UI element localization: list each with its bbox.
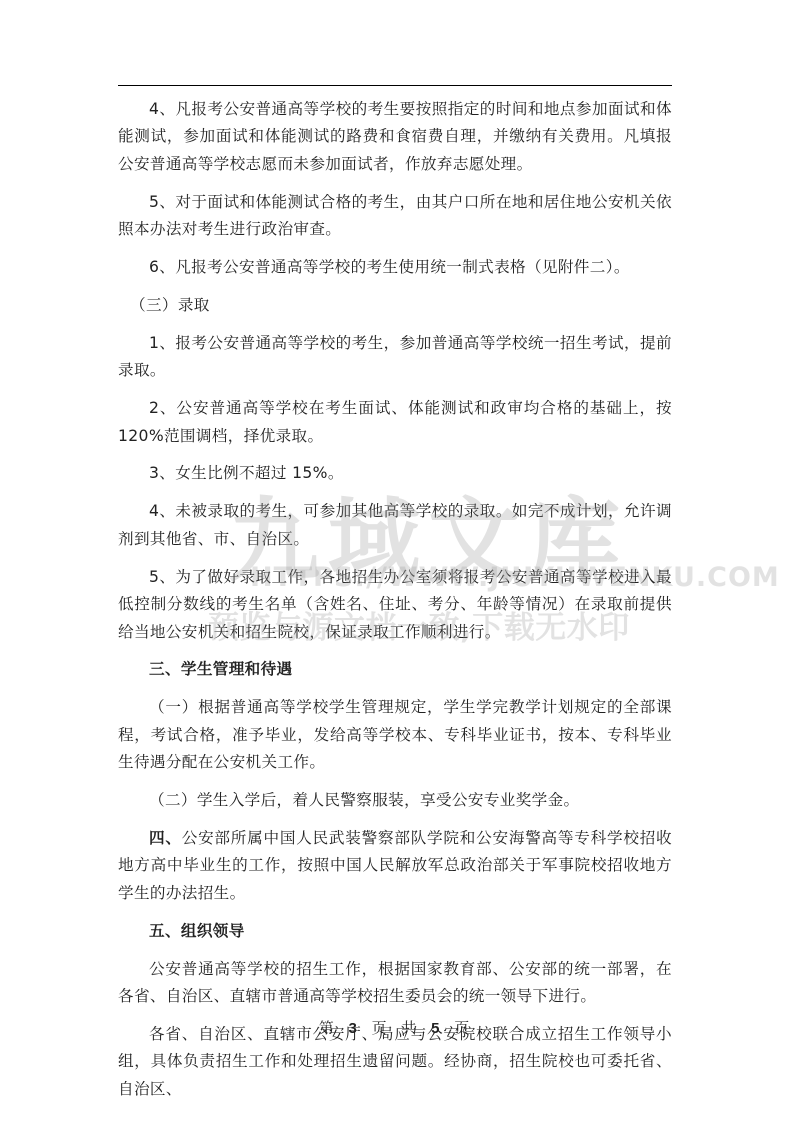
footer-middle: 页 共 <box>372 1019 422 1037</box>
section-four-label: 四、 <box>149 829 182 847</box>
section-heading-leadership: 五、组织领导 <box>118 918 672 945</box>
total-pages-number: 5 <box>431 1020 444 1037</box>
paragraph-management-2: （二）学生入学后，着人民警察服装，享受公安专业奖学金。 <box>118 787 672 814</box>
paragraph-item-5-political-review: 5、对于面试和体能测试合格的考生，由其户口所在地和居住地公安机关依照本办法对考生… <box>118 189 672 244</box>
footer-prefix: 第 <box>319 1019 339 1037</box>
current-page-number: 3 <box>348 1020 361 1037</box>
paragraph-item-6-forms: 6、凡报考公安普通高等学校的考生使用统一制式表格（见附件二）。 <box>118 254 672 281</box>
document-body: 4、凡报考公安普通高等学校的考生要按照指定的时间和地点参加面试和体能测试，参加面… <box>118 96 672 1114</box>
section-heading-student-management: 三、学生管理和待遇 <box>118 656 672 683</box>
paragraph-item-4-interview: 4、凡报考公安普通高等学校的考生要按照指定的时间和地点参加面试和体能测试，参加面… <box>118 96 672 178</box>
paragraph-admission-4: 4、未被录取的考生，可参加其他高等学校的录取。如完不成计划，允许调剂到其他省、市… <box>118 498 672 553</box>
paragraph-section-four: 四、公安部所属中国人民武装警察部队学院和公安海警高等专科学校招收地方高中毕业生的… <box>118 825 672 907</box>
paragraph-admission-5: 5、为了做好录取工作，各地招生办公室须将报考公安普通高等学校进入最低控制分数线的… <box>118 564 672 646</box>
section-four-text: 公安部所属中国人民武装警察部队学院和公安海警高等专科学校招收地方高中毕业生的工作… <box>118 829 672 902</box>
page-footer: 第 3 页 共 5 页 <box>0 1017 793 1038</box>
paragraph-admission-2: 2、公安普通高等学校在考生面试、体能测试和政审均合格的基础上，按120%范围调档… <box>118 395 672 450</box>
header-rule <box>118 85 672 86</box>
footer-suffix: 页 <box>454 1019 474 1037</box>
paragraph-admission-3: 3、女生比例不超过 15%。 <box>118 460 672 487</box>
paragraph-leadership-1: 公安普通高等学校的招生工作，根据国家教育部、公安部的统一部署，在各省、自治区、直… <box>118 956 672 1011</box>
paragraph-admission-1: 1、报考公安普通高等学校的考生，参加普通高等学校统一招生考试，提前录取。 <box>118 330 672 385</box>
paragraph-management-1: （一）根据普通高等学校学生管理规定，学生学完教学计划规定的全部课程，考试合格，准… <box>118 694 672 776</box>
subheading-admission: （三）录取 <box>118 292 672 319</box>
